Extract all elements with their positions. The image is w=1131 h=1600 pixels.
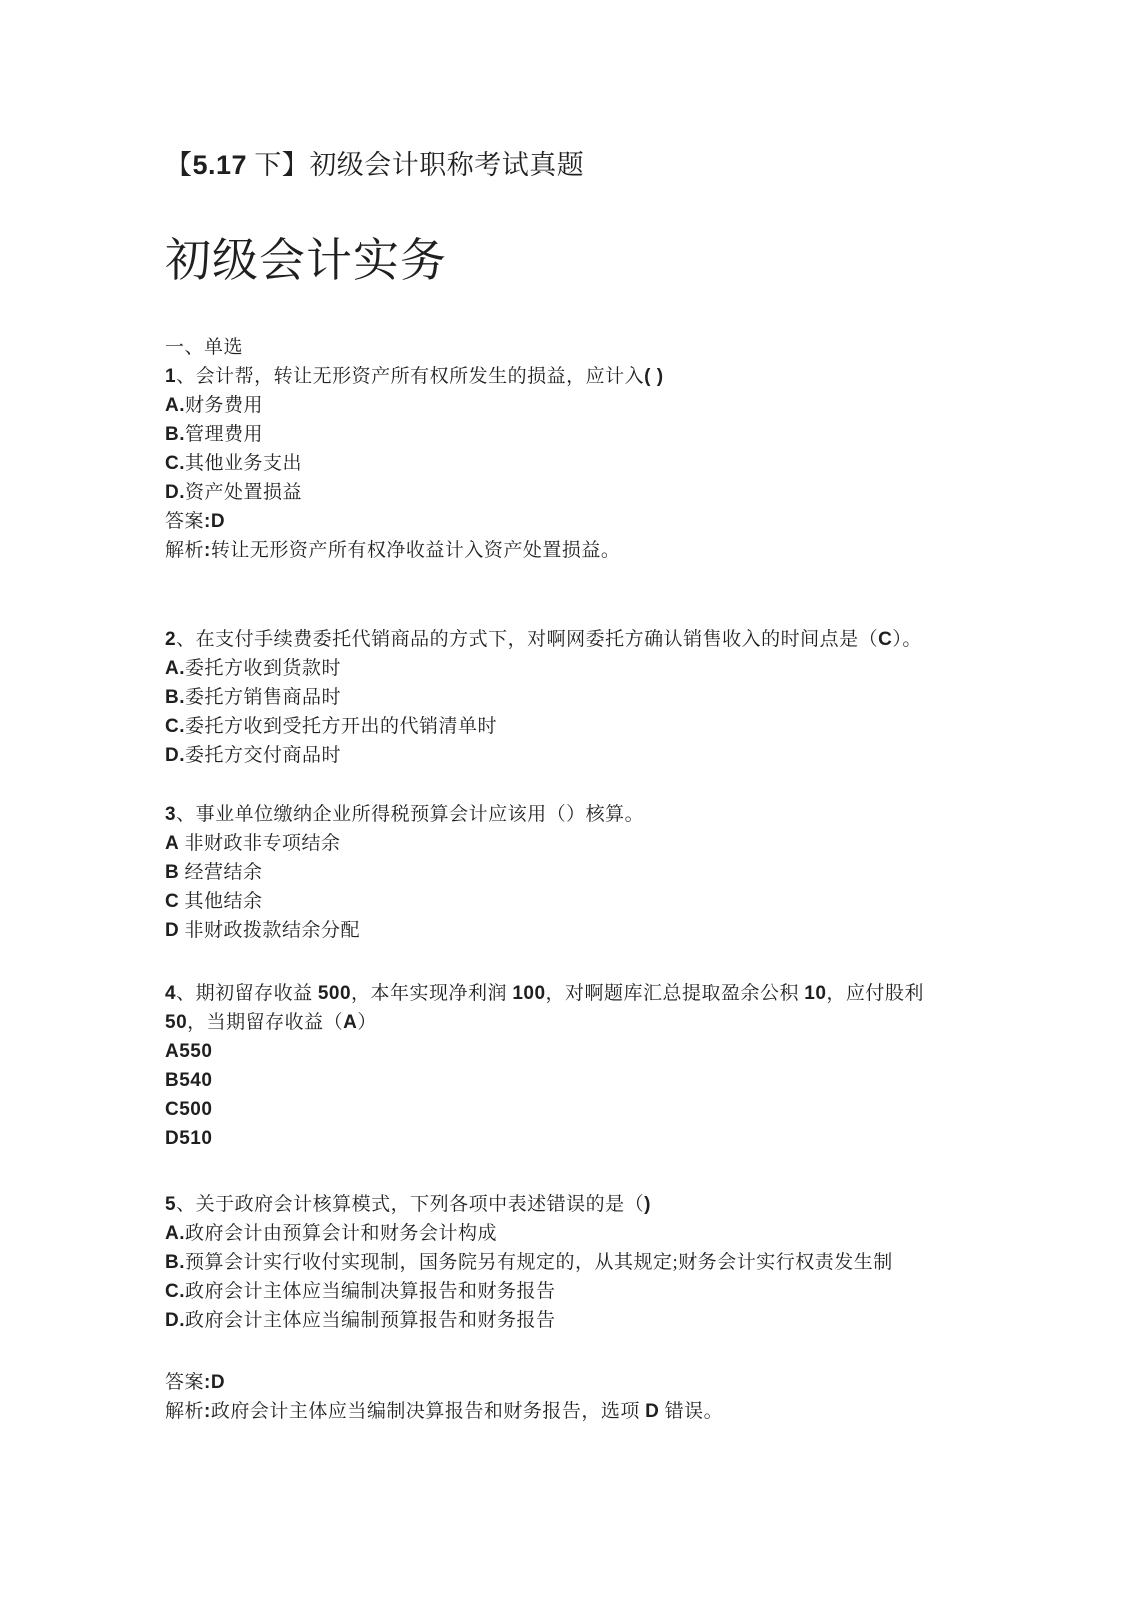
question-5-analysis: 解析:政府会计主体应当编制决算报告和财务报告，选项 D 错误。	[165, 1397, 991, 1426]
question-4: 4、期初留存收益 500，本年实现净利润 100，对啊题库汇总提取盈余公积 10…	[165, 979, 991, 1153]
text-segment: 3	[165, 804, 176, 825]
question-3-option-a: A 非财政非专项结余	[165, 829, 991, 858]
text-segment: ，对啊题库汇总提取盈余公积	[546, 983, 805, 1004]
question-2-option-a: A.委托方收到货款时	[165, 654, 991, 683]
doc-body: 一、单选1、会计帮，转让无形资产所有权所发生的损益，应计入( )A.财务费用B.…	[165, 333, 991, 1426]
question-5-option-d: D.政府会计主体应当编制预算报告和财务报告	[165, 1306, 991, 1335]
question-5: 5、关于政府会计核算模式，下列各项中表述错误的是（)A.政府会计由预算会计和财务…	[165, 1190, 991, 1335]
text-segment: 初级会计职称考试真题	[309, 150, 584, 180]
text-segment: 财务费用	[185, 395, 263, 416]
text-segment: 下】	[247, 150, 309, 180]
question-3-text: 3、事业单位缴纳企业所得税预算会计应该用（）核算。	[165, 800, 991, 829]
text-segment: 其他业务支出	[185, 453, 302, 474]
doc-title: 初级会计实务	[165, 235, 991, 287]
question-5-option-a: A.政府会计由预算会计和财务会计构成	[165, 1219, 991, 1248]
question-5-answer: 答案:D	[165, 1368, 991, 1397]
text-segment: D510	[165, 1128, 212, 1149]
text-segment: D.	[165, 745, 185, 766]
text-segment: 委托方收到受托方开出的代销清单时	[185, 716, 497, 737]
question-4-text-line-2: 50，当期留存收益（A）	[165, 1008, 991, 1037]
text-segment: 委托方收到货款时	[185, 658, 341, 679]
text-segment: ，当期留存收益（	[187, 1012, 343, 1033]
text-segment: ）	[357, 1012, 377, 1033]
text-segment: 500	[318, 983, 351, 1004]
text-segment: 政府会计主体应当编制预算报告和财务报告	[185, 1310, 556, 1331]
section-single-choice-q1: 一、单选1、会计帮，转让无形资产所有权所发生的损益，应计入( )A.财务费用B.…	[165, 333, 991, 565]
text-segment: 答案	[165, 511, 204, 532]
text-segment: 5.17	[193, 150, 248, 180]
text-segment: 经营结余	[179, 862, 262, 883]
text-segment: 非财政非专项结余	[179, 833, 340, 854]
question-2-option-d: D.委托方交付商品时	[165, 741, 991, 770]
text-segment: D.	[165, 1310, 185, 1331]
text-segment: A	[165, 833, 179, 854]
text-segment: 、在支付手续费委托代销商品的方式下，对啊网委托方确认销售收入的时间点是（	[176, 629, 878, 650]
text-segment: 100	[512, 983, 545, 1004]
text-segment: D.	[165, 482, 185, 503]
text-segment: :D	[204, 1372, 225, 1393]
text-segment: B.	[165, 687, 185, 708]
text-segment: 5	[165, 1194, 176, 1215]
text-segment: B.	[165, 1252, 185, 1273]
question-1-answer: 答案:D	[165, 507, 991, 536]
text-segment: 解析	[165, 540, 204, 561]
doc-header-line: 【5.17 下】初级会计职称考试真题	[165, 147, 991, 183]
text-segment: B	[165, 862, 179, 883]
text-segment: B.	[165, 424, 185, 445]
text-segment: A.	[165, 658, 185, 679]
text-segment: 答案	[165, 1372, 204, 1393]
text-segment: A550	[165, 1041, 212, 1062]
text-segment: 其他结余	[179, 891, 262, 912]
question-2-text: 2、在支付手续费委托代销商品的方式下，对啊网委托方确认销售收入的时间点是（C）。	[165, 625, 991, 654]
text-segment: 、会计帮，转让无形资产所有权所发生的损益，应计入	[176, 366, 644, 387]
text-segment: 50	[165, 1012, 187, 1033]
text-segment: 【	[165, 150, 193, 180]
text-segment: :D	[204, 511, 225, 532]
text-segment: C500	[165, 1099, 212, 1120]
question-1-text: 1、会计帮，转让无形资产所有权所发生的损益，应计入( )	[165, 362, 991, 391]
question-3-option-b: B 经营结余	[165, 858, 991, 887]
text-segment: C.	[165, 1281, 185, 1302]
text-segment: ( )	[644, 366, 663, 387]
question-5-text: 5、关于政府会计核算模式，下列各项中表述错误的是（)	[165, 1190, 991, 1219]
question-1-option-b: B.管理费用	[165, 420, 991, 449]
question-4-option-c: C500	[165, 1095, 991, 1124]
text-segment: 2	[165, 629, 176, 650]
text-segment: 10	[804, 983, 826, 1004]
text-segment: 、事业单位缴纳企业所得税预算会计应该用（）核算。	[176, 804, 644, 825]
text-segment: 转让无形资产所有权净收益计入资产处置损益。	[211, 540, 621, 561]
text-segment: 委托方销售商品时	[185, 687, 341, 708]
text-segment: 预算会计实行收付实现制，国务院另有规定的，从其规定;财务会计实行权责发生制	[185, 1252, 893, 1273]
text-segment: 管理费用	[185, 424, 263, 445]
text-segment: 、期初留存收益	[176, 983, 318, 1004]
question-4-option-b: B540	[165, 1066, 991, 1095]
text-segment: A	[343, 1012, 357, 1033]
question-3-option-c: C 其他结余	[165, 887, 991, 916]
text-segment: 4	[165, 983, 176, 1004]
text-segment: 政府会计主体应当编制决算报告和财务报告，选项	[211, 1401, 645, 1422]
text-segment: A.	[165, 1223, 185, 1244]
text-segment: ，本年实现净利润	[351, 983, 512, 1004]
text-segment: :	[204, 540, 211, 561]
question-5-option-b: B.预算会计实行收付实现制，国务院另有规定的，从其规定;财务会计实行权责发生制	[165, 1248, 991, 1277]
text-segment: 1	[165, 366, 176, 387]
text-segment: D	[165, 920, 179, 941]
exam-document-page: 【5.17 下】初级会计职称考试真题 初级会计实务 一、单选1、会计帮，转让无形…	[0, 0, 1131, 1600]
text-segment: C.	[165, 453, 185, 474]
text-segment: 一、单选	[165, 337, 243, 358]
text-segment: 政府会计主体应当编制决算报告和财务报告	[185, 1281, 556, 1302]
text-segment: :	[204, 1401, 211, 1422]
question-2: 2、在支付手续费委托代销商品的方式下，对啊网委托方确认销售收入的时间点是（C）。…	[165, 625, 991, 770]
text-segment: 资产处置损益	[185, 482, 302, 503]
question-1-option-c: C.其他业务支出	[165, 449, 991, 478]
text-segment: 政府会计由预算会计和财务会计构成	[185, 1223, 497, 1244]
text-segment: ，应付股利	[826, 983, 924, 1004]
question-2-option-b: B.委托方销售商品时	[165, 683, 991, 712]
text-segment: C.	[165, 716, 185, 737]
question-4-option-d: D510	[165, 1124, 991, 1153]
text-segment: )	[644, 1194, 651, 1215]
text-segment: 错误。	[659, 1401, 723, 1422]
question-1-analysis: 解析:转让无形资产所有权净收益计入资产处置损益。	[165, 536, 991, 565]
text-segment: B540	[165, 1070, 212, 1091]
question-1-option-a: A.财务费用	[165, 391, 991, 420]
text-segment: C	[165, 891, 179, 912]
question-3: 3、事业单位缴纳企业所得税预算会计应该用（）核算。A 非财政非专项结余B 经营结…	[165, 800, 991, 945]
question-4-option-a: A550	[165, 1037, 991, 1066]
text-segment: 、关于政府会计核算模式，下列各项中表述错误的是（	[176, 1194, 644, 1215]
text-segment: C	[878, 629, 892, 650]
text-segment: 委托方交付商品时	[185, 745, 341, 766]
question-1-option-d: D.资产处置损益	[165, 478, 991, 507]
question-5-option-c: C.政府会计主体应当编制决算报告和财务报告	[165, 1277, 991, 1306]
question-3-option-d: D 非财政拨款结余分配	[165, 916, 991, 945]
text-segment: 解析	[165, 1401, 204, 1422]
text-segment: 非财政拨款结余分配	[179, 920, 360, 941]
question-2-option-c: C.委托方收到受托方开出的代销清单时	[165, 712, 991, 741]
question-5-answer-block: 答案:D解析:政府会计主体应当编制决算报告和财务报告，选项 D 错误。	[165, 1368, 991, 1426]
question-4-text-line-1: 4、期初留存收益 500，本年实现净利润 100，对啊题库汇总提取盈余公积 10…	[165, 979, 991, 1008]
text-segment: ）。	[892, 629, 922, 650]
section-heading: 一、单选	[165, 333, 991, 362]
text-segment: D	[645, 1401, 659, 1422]
text-segment: A.	[165, 395, 185, 416]
